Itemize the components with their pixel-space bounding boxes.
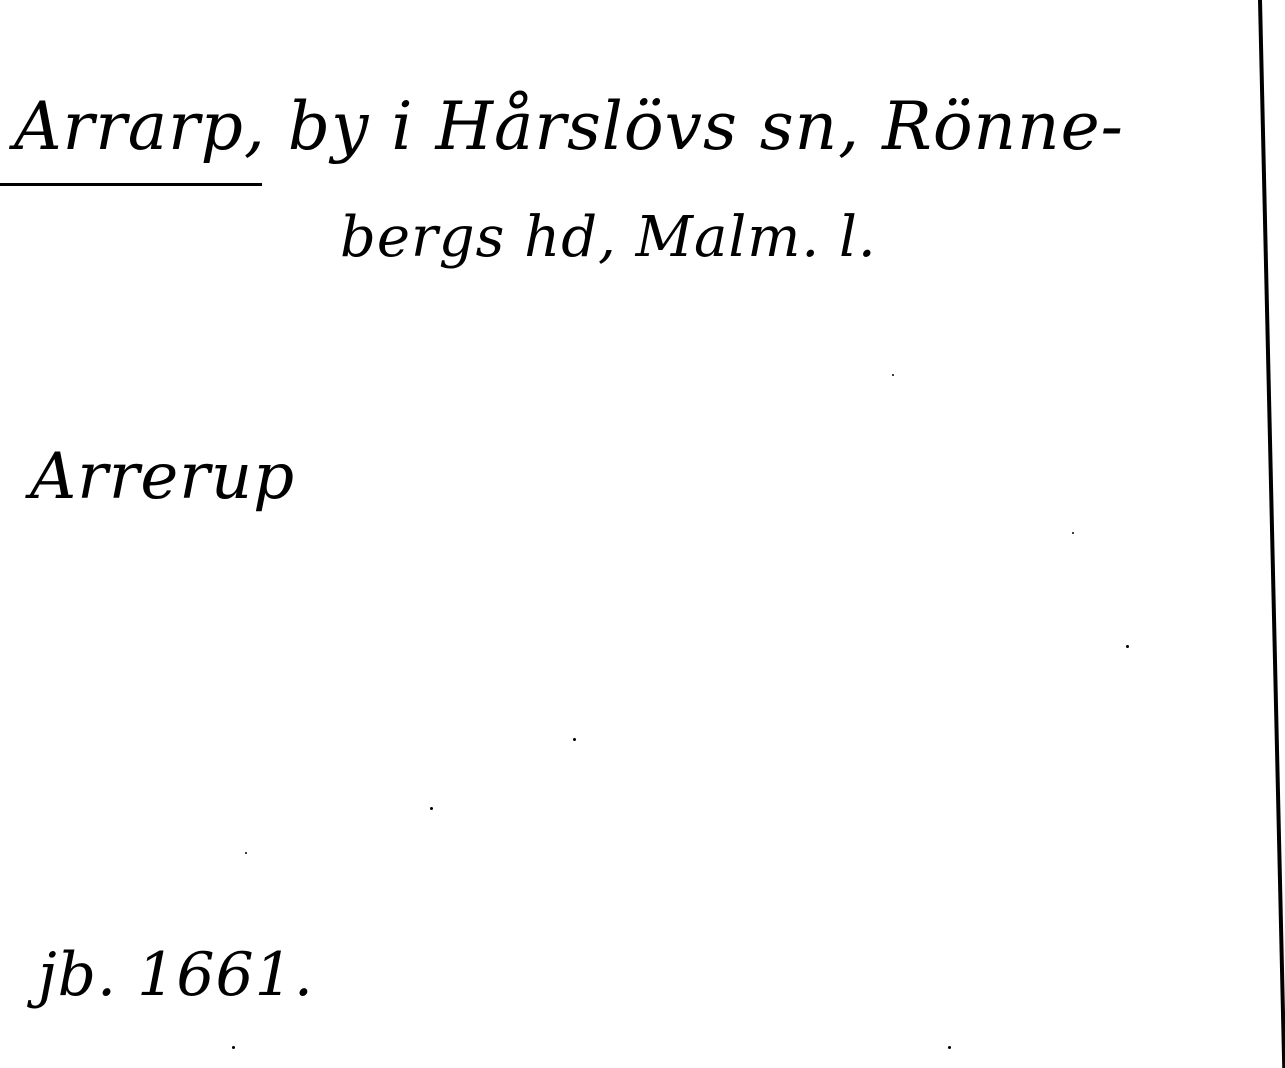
entry-line-1: Arrarp, by i Hårslövs sn, Rönne- [14,88,1124,165]
ink-speck [948,1046,951,1049]
entry-line-2: bergs hd, Malm. l. [340,205,877,270]
ink-speck [1126,645,1129,648]
ink-speck [232,1046,235,1049]
ink-speck [1072,532,1074,534]
source-reference: jb. 1661. [38,940,314,1010]
ink-speck [430,807,433,810]
ink-speck [245,852,247,854]
entry-description: , by i Hårslövs sn, Rönne- [244,88,1124,165]
headword: Arrarp [14,88,244,165]
variant-form: Arrerup [30,440,295,514]
ink-speck [892,374,894,376]
headword-underline [0,183,262,186]
card-edge-line [1258,0,1285,1068]
index-card: Arrarp, by i Hårslövs sn, Rönne- bergs h… [0,0,1285,1068]
ink-speck [573,738,576,741]
